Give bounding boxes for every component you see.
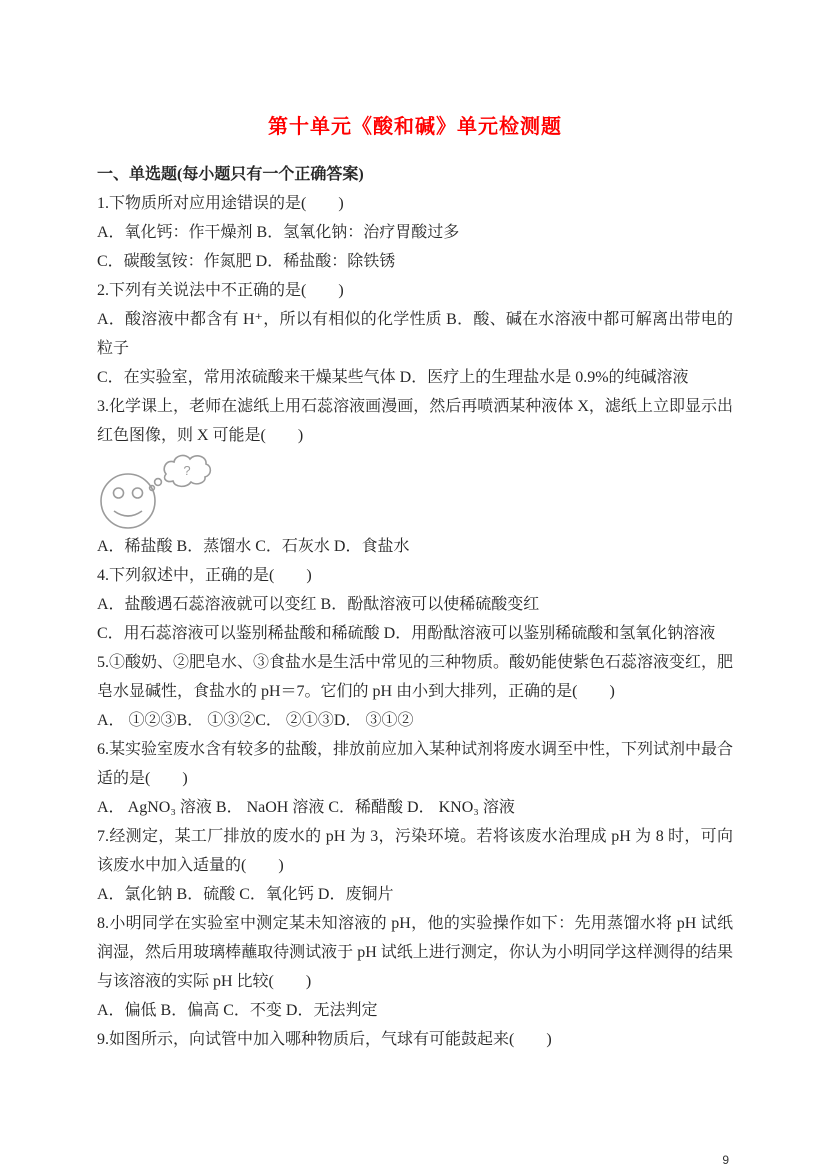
question-2-options-cd: C．在实验室，常用浓硫酸来干燥某些气体 D．医疗上的生理盐水是 0.9%的纯碱溶… — [97, 363, 733, 392]
question-4-options-ab: A．盐酸遇石蕊溶液就可以变红 B．酚酞溶液可以使稀硫酸变红 — [97, 590, 733, 619]
question-5-options: A． ①②③B． ①③②C． ②①③D． ③①② — [97, 706, 733, 735]
question-8-options: A．偏低 B．偏高 C．不变 D．无法判定 — [97, 996, 733, 1025]
page-number: 9 — [722, 1153, 729, 1167]
question-9-stem: 9.如图所示，向试管中加入哪种物质后，气球有可能鼓起来( ) — [97, 1025, 733, 1054]
question-7-stem: 7.经测定，某工厂排放的废水的 pH 为 3，污染环境。若将该废水治理成 pH … — [97, 822, 733, 880]
question-1-stem: 1.下物质所对应用途错误的是( ) — [97, 189, 733, 218]
smiley-thought-bubble-illustration: ? — [91, 450, 733, 532]
question-2-options-ab: A．酸溶液中都含有 H⁺，所以有相似的化学性质 B．酸、碱在水溶液中都可解离出带… — [97, 305, 733, 363]
question-7-options: A．氯化钠 B．硫酸 C．氧化钙 D．废铜片 — [97, 880, 733, 909]
question-3-options: A．稀盐酸 B．蒸馏水 C．石灰水 D．食盐水 — [97, 532, 733, 561]
smiley-face-icon: ? — [91, 452, 213, 532]
question-4-options-cd: C．用石蕊溶液可以鉴别稀盐酸和稀硫酸 D．用酚酞溶液可以鉴别稀硫酸和氢氧化钠溶液 — [97, 619, 733, 648]
document-body: 第十单元《酸和碱》单元检测题 一、单选题(每小题只有一个正确答案) 1.下物质所… — [97, 112, 733, 1054]
section-heading: 一、单选题(每小题只有一个正确答案) — [97, 160, 733, 189]
question-2-stem: 2.下列有关说法中不正确的是( ) — [97, 276, 733, 305]
document-page: { "document": { "title": "第十单元《酸和碱》单元检测题… — [0, 0, 827, 1170]
page-title: 第十单元《酸和碱》单元检测题 — [97, 112, 733, 142]
thought-bubble-question-mark: ? — [183, 463, 190, 478]
question-6-stem: 6.某实验室废水含有较多的盐酸，排放前应加入某种试剂将废水调至中性，下列试剂中最… — [97, 735, 733, 793]
question-5-stem: 5.①酸奶、②肥皂水、③食盐水是生活中常见的三种物质。酸奶能使紫色石蕊溶液变红，… — [97, 648, 733, 706]
question-1-options-cd: C．碳酸氢铵：作氮肥 D．稀盐酸：除铁锈 — [97, 247, 733, 276]
question-8-stem: 8.小明同学在实验室中测定某未知溶液的 pH，他的实验操作如下：先用蒸馏水将 p… — [97, 909, 733, 996]
question-3-stem: 3.化学课上，老师在滤纸上用石蕊溶液画漫画，然后再喷洒某种液体 X，滤纸上立即显… — [97, 392, 733, 450]
question-6-options: A． AgNO₃ 溶液 B． NaOH 溶液 C．稀醋酸 D． KNO₃ 溶液 — [97, 793, 733, 822]
question-4-stem: 4.下列叙述中，正确的是( ) — [97, 561, 733, 590]
question-1-options-ab: A．氧化钙：作干燥剂 B．氢氧化钠：治疗胃酸过多 — [97, 218, 733, 247]
